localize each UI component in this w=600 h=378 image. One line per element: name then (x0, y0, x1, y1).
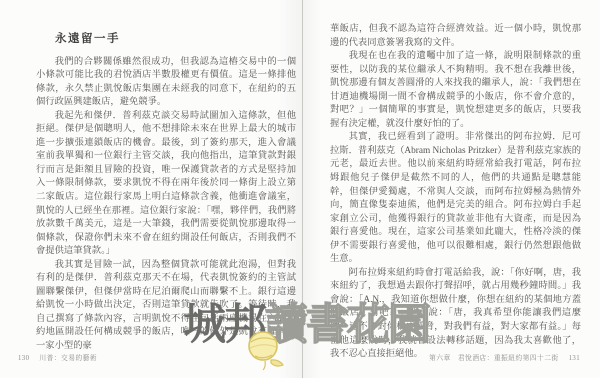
book-title: 川普：交易的藝術 (39, 355, 97, 362)
paragraph: 我起先和傑伊．普利茲克談交易時試圖加入這條款，但他拒絕。傑伊是個聰明人，他不想排… (36, 110, 296, 259)
section-heading: 永遠留一手 (55, 33, 296, 47)
left-page-footer: 130川普：交易的藝術 (18, 352, 97, 362)
paragraph: 我們的合夥關係雖然很成功，但我認為這樁交易中的一個小條款可能比我的君悅酒店半數股… (36, 56, 296, 110)
page-number-left: 130 (18, 355, 29, 362)
right-page-footer: 第六章 君悅酒店：重振紐約第四十二街131 (429, 352, 580, 362)
page-number-right: 131 (569, 355, 580, 362)
paragraph: 我現在也在我的遺囑中加了這一條，說明限制條款的重要性，以防我的某位繼承人不夠精明… (330, 50, 581, 131)
paragraph: 華飯店，但我不認為這符合經濟效益。近一個小時，凱悅那邊的代表同意簽署我寫的文件。 (330, 23, 581, 50)
publisher-watermark: 城邦讀書花園 (183, 304, 429, 347)
book-spread: 永遠留一手 我們的合夥關係雖然很成功，但我認為這樁交易中的一個小條款可能比我的君… (0, 0, 600, 378)
watermark-outline-text: 讀書花園 (265, 301, 429, 349)
paragraph: 其實，我已經看到了證明。非常傑出的阿布拉姆．尼可拉斯．普利茲克（Abram Ni… (330, 131, 581, 266)
flower-logo-icon (245, 329, 287, 373)
chapter-title: 第六章 君悅酒店：重振紐約第四十二街 (429, 355, 559, 362)
